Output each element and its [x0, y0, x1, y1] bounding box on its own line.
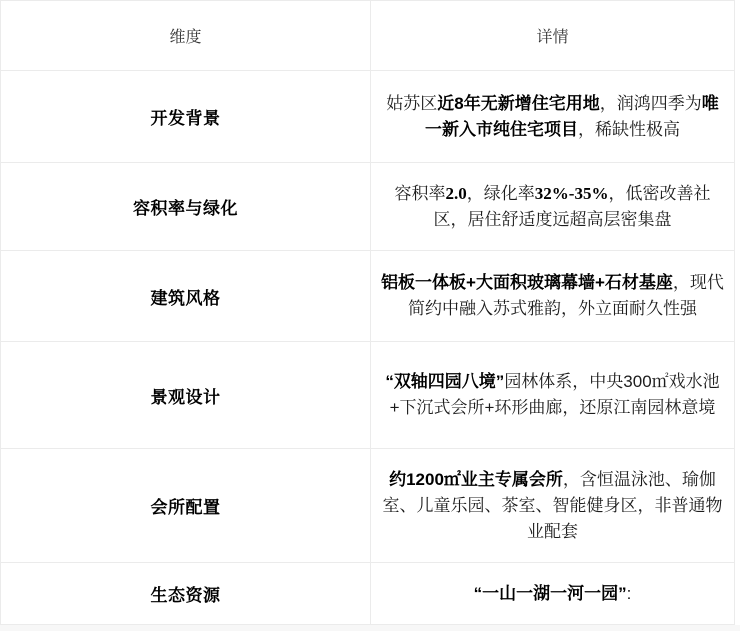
- detail-text-segment: 姑苏区: [386, 94, 437, 113]
- detail-bold-segment: “双轴四园八境”: [385, 372, 504, 391]
- detail-cell: 铝板一体板+大面积玻璃幕墙+石材基座，现代简约中融入苏式雅韵，外立面耐久性强: [371, 251, 735, 342]
- detail-bold-segment: “一山一湖一河一园”: [474, 584, 627, 603]
- detail-cell: “一山一湖一河一园”:: [371, 563, 735, 625]
- dimension-cell: 开发背景: [1, 71, 371, 163]
- table-row: 开发背景姑苏区近8年无新增住宅用地，润鸿四季为唯一新入市纯住宅项目，稀缺性极高: [1, 71, 735, 163]
- detail-cell: 容积率2.0，绿化率32%-35%，低密改善社区，居住舒适度远超高层密集盘: [371, 163, 735, 251]
- detail-text-segment: ，稀缺性极高: [578, 120, 680, 139]
- column-header-dimension: 维度: [1, 1, 371, 71]
- table-row: 建筑风格铝板一体板+大面积玻璃幕墙+石材基座，现代简约中融入苏式雅韵，外立面耐久…: [1, 251, 735, 342]
- dimension-cell: 景观设计: [1, 342, 371, 449]
- table-header-row: 维度 详情: [1, 1, 735, 71]
- table-row: 生态资源“一山一湖一河一园”:: [1, 563, 735, 625]
- detail-text-segment: ，绿化率: [467, 184, 535, 203]
- page-background-strip: [0, 625, 740, 631]
- table-row: 会所配置约1200㎡业主专属会所，含恒温泳池、瑜伽室、儿童乐园、茶室、智能健身区…: [1, 449, 735, 563]
- project-info-table: 维度 详情 开发背景姑苏区近8年无新增住宅用地，润鸿四季为唯一新入市纯住宅项目，…: [0, 0, 735, 625]
- column-header-detail: 详情: [371, 1, 735, 71]
- detail-cell: 约1200㎡业主专属会所，含恒温泳池、瑜伽室、儿童乐园、茶室、智能健身区，非普通…: [371, 449, 735, 563]
- dimension-cell: 建筑风格: [1, 251, 371, 342]
- detail-bold-segment: 近8年无新增住宅用地: [437, 94, 599, 113]
- detail-text-segment: ，润鸿四季为: [600, 94, 702, 113]
- detail-bold-segment: 约1200㎡业主专属会所: [389, 470, 563, 489]
- dimension-cell: 容积率与绿化: [1, 163, 371, 251]
- table-row: 容积率与绿化容积率2.0，绿化率32%-35%，低密改善社区，居住舒适度远超高层…: [1, 163, 735, 251]
- table-row: 景观设计“双轴四园八境”园林体系，中央300㎡戏水池+下沉式会所+环形曲廊，还原…: [1, 342, 735, 449]
- detail-cell: “双轴四园八境”园林体系，中央300㎡戏水池+下沉式会所+环形曲廊，还原江南园林…: [371, 342, 735, 449]
- detail-bold-segment: 铝板一体板+大面积玻璃幕墙+石材基座: [381, 273, 673, 292]
- detail-bold-segment: 32%-35%: [535, 184, 609, 203]
- table-body: 开发背景姑苏区近8年无新增住宅用地，润鸿四季为唯一新入市纯住宅项目，稀缺性极高容…: [1, 71, 735, 625]
- dimension-cell: 会所配置: [1, 449, 371, 563]
- detail-bold-segment: 2.0: [446, 184, 467, 203]
- detail-text-segment: :: [627, 584, 632, 603]
- dimension-cell: 生态资源: [1, 563, 371, 625]
- detail-text-segment: 容积率: [395, 184, 446, 203]
- detail-cell: 姑苏区近8年无新增住宅用地，润鸿四季为唯一新入市纯住宅项目，稀缺性极高: [371, 71, 735, 163]
- page: 维度 详情 开发背景姑苏区近8年无新增住宅用地，润鸿四季为唯一新入市纯住宅项目，…: [0, 0, 740, 631]
